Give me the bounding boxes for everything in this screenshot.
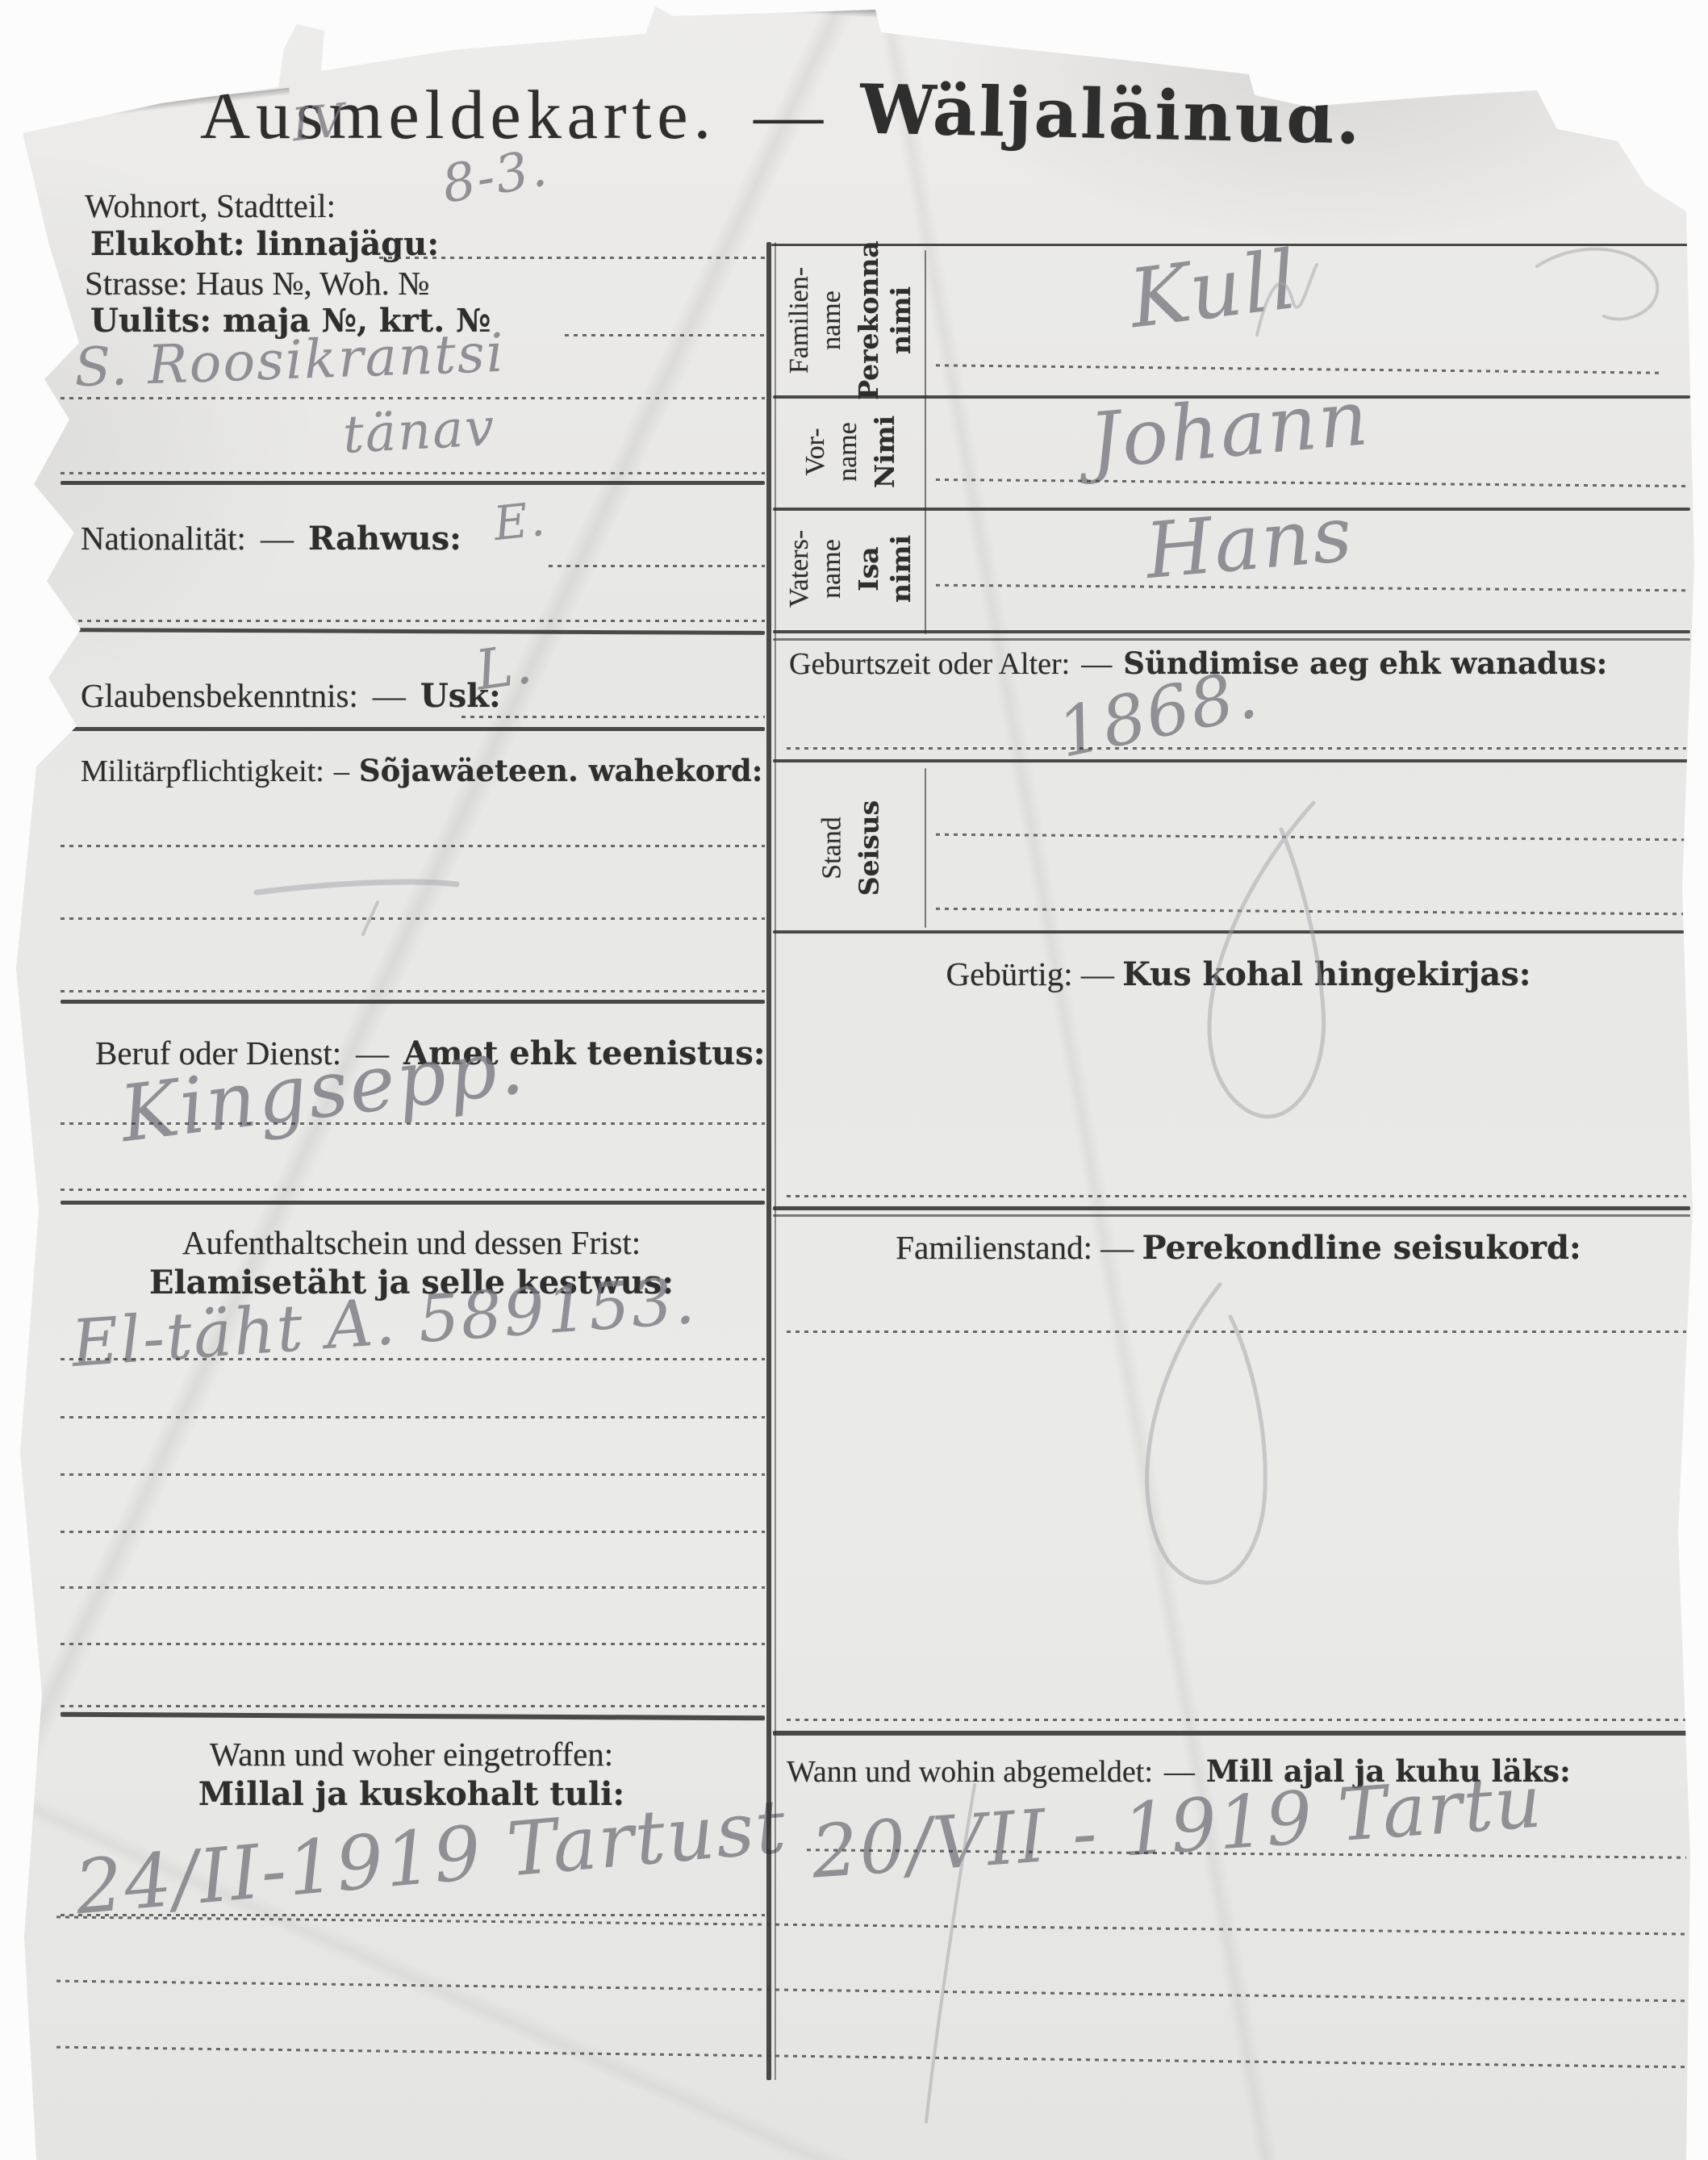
dotted-line <box>61 472 765 474</box>
rule-line <box>61 1000 765 1004</box>
field-arrival-label-german: Wann und woher eingetroffen: <box>77 1735 746 1774</box>
field-born-in-label: Gebürtig: — Kus kohal hingekirjas: <box>787 955 1690 993</box>
rule-line <box>61 628 765 635</box>
dotted-line <box>549 565 765 567</box>
dotted-line <box>61 397 765 399</box>
scanned-document-page: Ausmeldekarte. — Wäljaläinud. Wohnort, S… <box>0 0 1708 2160</box>
paper-sheet: Ausmeldekarte. — Wäljaläinud. Wohnort, S… <box>0 0 1708 2160</box>
column-divider-line-thin <box>775 242 776 2080</box>
title-dash: — <box>754 74 823 155</box>
dotted-line <box>61 1122 765 1125</box>
dotted-line <box>61 1416 765 1418</box>
handwriting-religion: L. <box>472 632 537 703</box>
dotted-line <box>936 364 1662 374</box>
paper-fold-shadow-top <box>654 0 1266 40</box>
handwriting-district: IV <box>290 94 349 152</box>
dotted-line <box>61 1531 765 1533</box>
field-military-label: Militärpflichtigkeit: – Sõjawäeteen. wah… <box>81 753 762 789</box>
dotted-line <box>61 1643 765 1645</box>
rule-line <box>773 1731 1690 1736</box>
field-status-label: Stand Seisus <box>779 765 922 930</box>
field-family-status-label: Familienstand: — Perekondline seisukord: <box>787 1228 1690 1267</box>
name-label-separator-line <box>925 250 926 634</box>
handwriting-first-name: Johann <box>1086 374 1373 487</box>
rule-line <box>773 638 1690 641</box>
rule-line <box>773 1206 1690 1210</box>
dotted-line <box>61 1189 765 1191</box>
dotted-line <box>61 845 765 847</box>
dotted-line <box>56 2046 1694 2069</box>
column-divider-line <box>766 242 771 2080</box>
rule-line <box>773 1214 1690 1217</box>
dotted-line <box>61 1358 765 1360</box>
handwriting-family-name: Kull <box>1125 232 1304 347</box>
dotted-line <box>787 747 1686 750</box>
rule-line <box>61 481 765 485</box>
dotted-line <box>787 1719 1686 1721</box>
dotted-line <box>61 1586 765 1589</box>
title-german: Ausmeldekarte. <box>200 74 716 155</box>
dotted-line <box>61 620 765 622</box>
handwriting-nationality: E. <box>491 491 549 551</box>
dotted-line <box>61 1473 765 1476</box>
dotted-line <box>61 1705 765 1707</box>
handwriting-father-name: Hans <box>1142 490 1357 596</box>
dotted-line <box>56 1980 1694 2003</box>
title-estonian: Wäljaläinud. <box>859 69 1363 159</box>
dotted-line <box>379 257 765 259</box>
rule-line <box>61 1201 765 1205</box>
rule-line <box>61 1712 765 1721</box>
field-first-name-label: Vor- name Nimi <box>779 399 922 505</box>
field-religion-label: Glaubensbekenntnis: — Usk: <box>81 676 501 715</box>
field-permit-label-german: Aufenthaltschein und dessen Frist: <box>77 1223 746 1262</box>
rule-line <box>773 630 1690 633</box>
dotted-line <box>936 584 1686 591</box>
rule-line <box>773 759 1690 762</box>
dotted-line <box>61 990 765 992</box>
dotted-line <box>936 834 1686 841</box>
field-family-name-label: Familien- name Perekonna nimi <box>779 247 922 394</box>
field-father-name-label: Vaters- name Isa nimi <box>779 509 922 629</box>
dotted-line <box>61 917 765 920</box>
handwriting-street-word: tänav <box>341 398 497 466</box>
dotted-line <box>787 1331 1686 1333</box>
document-title: Ausmeldekarte. — Wäljaläinud. <box>200 74 1363 155</box>
label-wohnort-stadtteil: Wohnort, Stadtteil: <box>85 186 336 225</box>
dotted-line <box>787 1195 1686 1197</box>
status-label-separator-line <box>925 768 926 928</box>
label-strasse-haus-no: Strasse: Haus №, Woh. № <box>85 264 429 303</box>
dotted-line <box>56 1916 1694 1935</box>
field-nationality-label: Nationalität: — Rahwus: <box>81 519 461 558</box>
dotted-line <box>461 716 765 718</box>
dotted-line <box>936 478 1686 487</box>
dotted-line <box>61 1914 765 1916</box>
rule-line <box>773 930 1690 934</box>
dotted-line <box>936 908 1686 915</box>
rule-line <box>61 727 765 731</box>
dotted-line <box>565 334 765 336</box>
